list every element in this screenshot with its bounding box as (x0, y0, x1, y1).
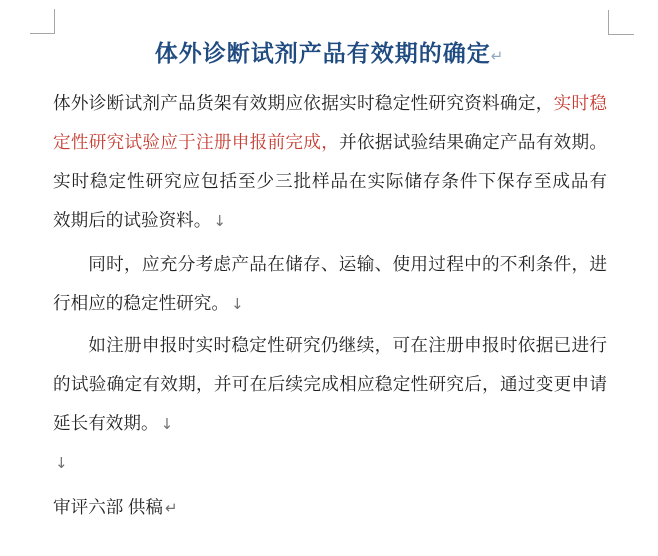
paragraph-mark-icon: ↵ (491, 47, 504, 65)
line-break-mark-icon: ↓ (229, 295, 244, 313)
text-run: 体外诊断试剂产品货架有效期应依据实时稳定性研究资料确定， (53, 93, 554, 113)
line-break-mark-icon: ↓ (159, 415, 174, 433)
text-line: 如注册申报时实时稳定性研究仍继续，可在注册申报时依据已进行 (53, 326, 607, 365)
text-line: ↓ (53, 443, 607, 482)
text-run: 延长有效期。 (53, 413, 159, 433)
text-line: 体外诊断试剂产品货架有效期应依据实时稳定性研究资料确定，实时稳 (53, 84, 607, 123)
document-title: 体外诊断试剂产品有效期的确定↵ (0, 38, 658, 72)
text-run: 效期后的试验资料。 (53, 210, 211, 230)
paragraph-mark-icon: ↵ (163, 499, 178, 517)
text-line: 延长有效期。↓ (53, 404, 607, 443)
text-run: 审评六部 供稿 (53, 497, 163, 517)
text-boundary-corner-top-left (30, 9, 55, 34)
text-run: 同时，应充分考虑产品在储存、运输、使用过程中的不利条件，进 (88, 254, 607, 274)
text-line: 实时稳定性研究应包括至少三批样品在实际储存条件下保存至成品有 (53, 162, 607, 201)
text-line: 的试验确定有效期，并可在后续完成相应稳定性研究后，通过变更申请 (53, 365, 607, 404)
text-line: 审评六部 供稿↵ (53, 488, 607, 527)
highlighted-text-run: 定性研究试验应于注册申报前完成， (53, 132, 339, 152)
line-break-mark-icon: ↓ (211, 212, 226, 230)
text-boundary-corner-top-right (608, 10, 634, 35)
text-run: 行相应的稳定性研究。 (53, 293, 229, 313)
text-line: 行相应的稳定性研究。↓ (53, 284, 607, 323)
text-line: 定性研究试验应于注册申报前完成，并依据试验结果确定产品有效期。 (53, 123, 607, 162)
text-run: 实时稳定性研究应包括至少三批样品在实际储存条件下保存至成品有 (53, 171, 607, 191)
highlighted-text-run: 实时稳 (554, 93, 607, 113)
text-run: 并依据试验结果确定产品有效期。 (339, 132, 607, 152)
text-line: 同时，应充分考虑产品在储存、运输、使用过程中的不利条件，进 (53, 245, 607, 284)
title-text: 体外诊断试剂产品有效期的确定 (155, 41, 491, 66)
document-page: 体外诊断试剂产品有效期的确定↵ 体外诊断试剂产品货架有效期应依据实时稳定性研究资… (0, 0, 658, 556)
document-body: 体外诊断试剂产品货架有效期应依据实时稳定性研究资料确定，实时稳定性研究试验应于注… (53, 84, 607, 527)
line-break-mark-icon: ↓ (53, 454, 68, 472)
text-run: 的试验确定有效期，并可在后续完成相应稳定性研究后，通过变更申请 (53, 374, 607, 394)
text-line: 效期后的试验资料。↓ (53, 201, 607, 240)
text-run: 如注册申报时实时稳定性研究仍继续，可在注册申报时依据已进行 (88, 335, 607, 355)
